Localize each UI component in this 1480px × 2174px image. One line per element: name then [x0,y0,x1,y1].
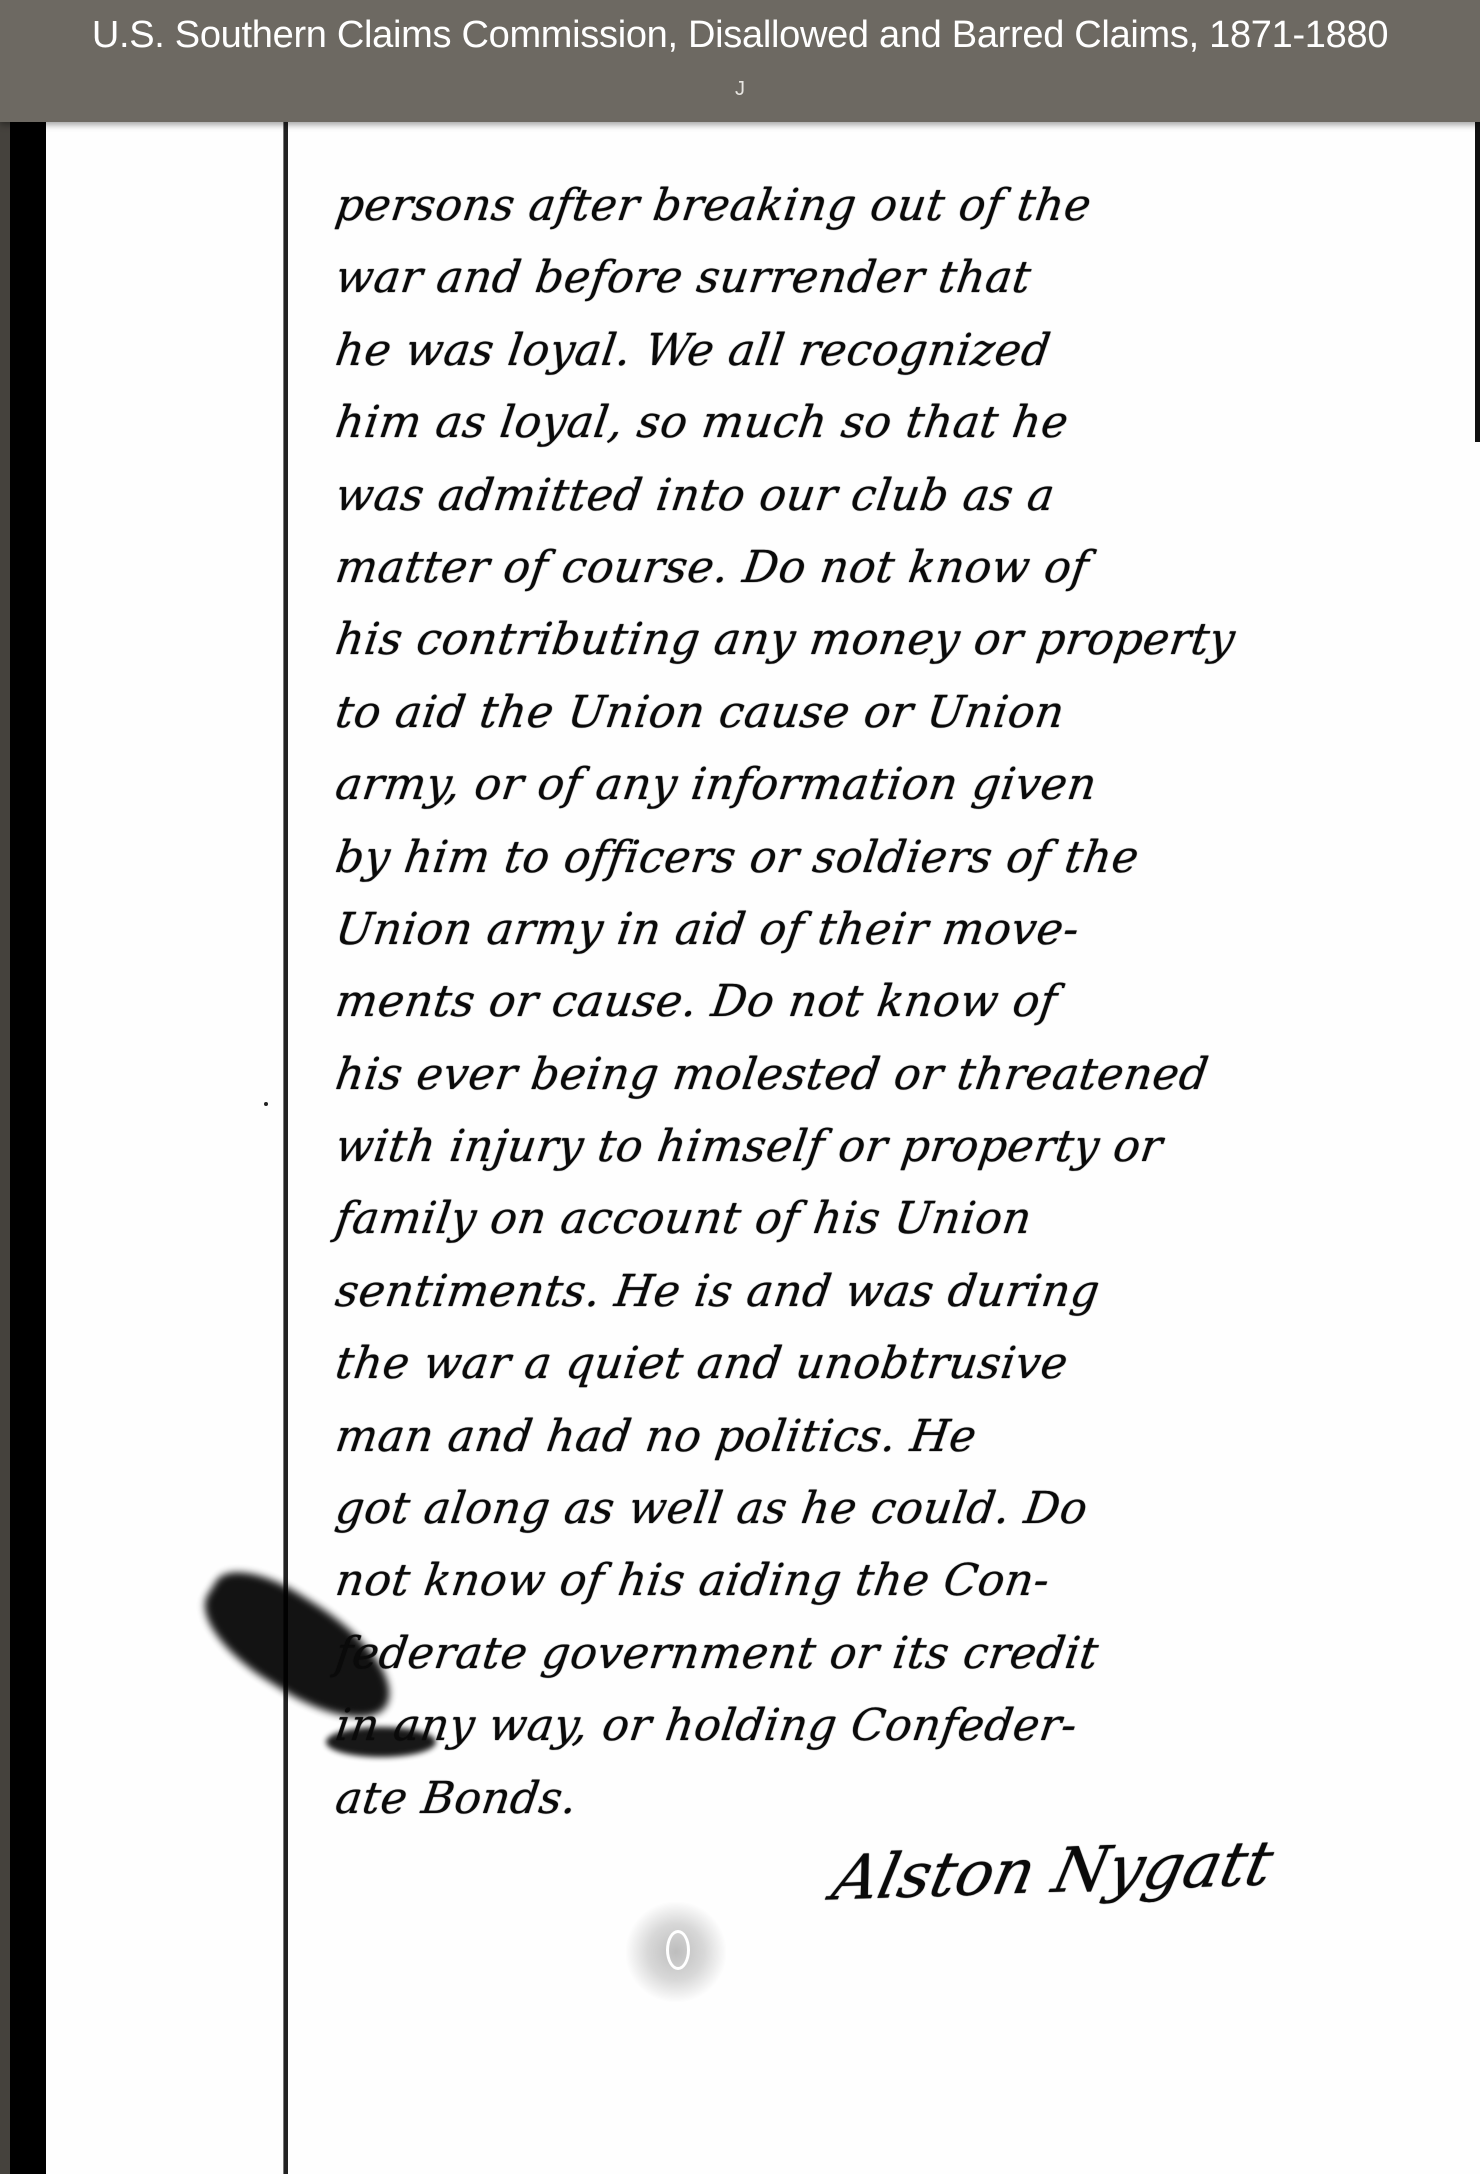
page-smudge [626,1902,726,2002]
handwritten-line: persons after breaking out of the [331,170,1480,242]
document-image-viewer[interactable]: persons after breaking out of thewar and… [0,122,1480,2174]
handwritten-line: his contributing any money or property [331,604,1480,676]
handwritten-line: army, or of any information given [331,749,1480,821]
handwritten-line: ments or cause. Do not know of [331,966,1480,1038]
collection-subtitle: J [0,78,1480,101]
handwritten-line: ate Bonds. [331,1763,1480,1835]
handwritten-line: him as loyal, so much so that he [331,387,1480,459]
handwritten-line: got along as well as he could. Do [331,1473,1480,1545]
handwritten-line: war and before surrender that [331,242,1480,314]
handwritten-line: in any way, or holding Confeder- [331,1690,1480,1762]
handwritten-line: federate government or its credit [331,1618,1480,1690]
margin-rule [283,122,288,2174]
handwritten-line: by him to officers or soldiers of the [331,822,1480,894]
handwritten-line: the war a quiet and unobtrusive [331,1328,1480,1400]
handwritten-line: sentiments. He is and was during [331,1256,1480,1328]
handwritten-line: man and had no politics. He [331,1401,1480,1473]
handwritten-line: Union army in aid of their move- [331,894,1480,966]
handwritten-line: was admitted into our club as a [331,460,1480,532]
handwritten-line: to aid the Union cause or Union [331,677,1480,749]
margin-mark [264,1102,268,1106]
signature: Alston Nygatt [826,1826,1279,1914]
document-page: persons after breaking out of thewar and… [46,122,1480,2174]
handwritten-text: persons after breaking out of thewar and… [336,170,1480,1835]
collection-title: U.S. Southern Claims Commission, Disallo… [0,14,1480,57]
handwritten-line: matter of course. Do not know of [331,532,1480,604]
handwritten-line: not know of his aiding the Con- [331,1545,1480,1617]
handwritten-line: with injury to himself or property or [331,1111,1480,1183]
handwritten-line: his ever being molested or threatened [331,1039,1480,1111]
handwritten-line: family on account of his Union [331,1183,1480,1255]
handwritten-line: he was loyal. We all recognized [331,315,1480,387]
scan-binding-shadow [10,122,46,2174]
scan-edge [0,122,10,2174]
collection-header: U.S. Southern Claims Commission, Disallo… [0,0,1480,122]
